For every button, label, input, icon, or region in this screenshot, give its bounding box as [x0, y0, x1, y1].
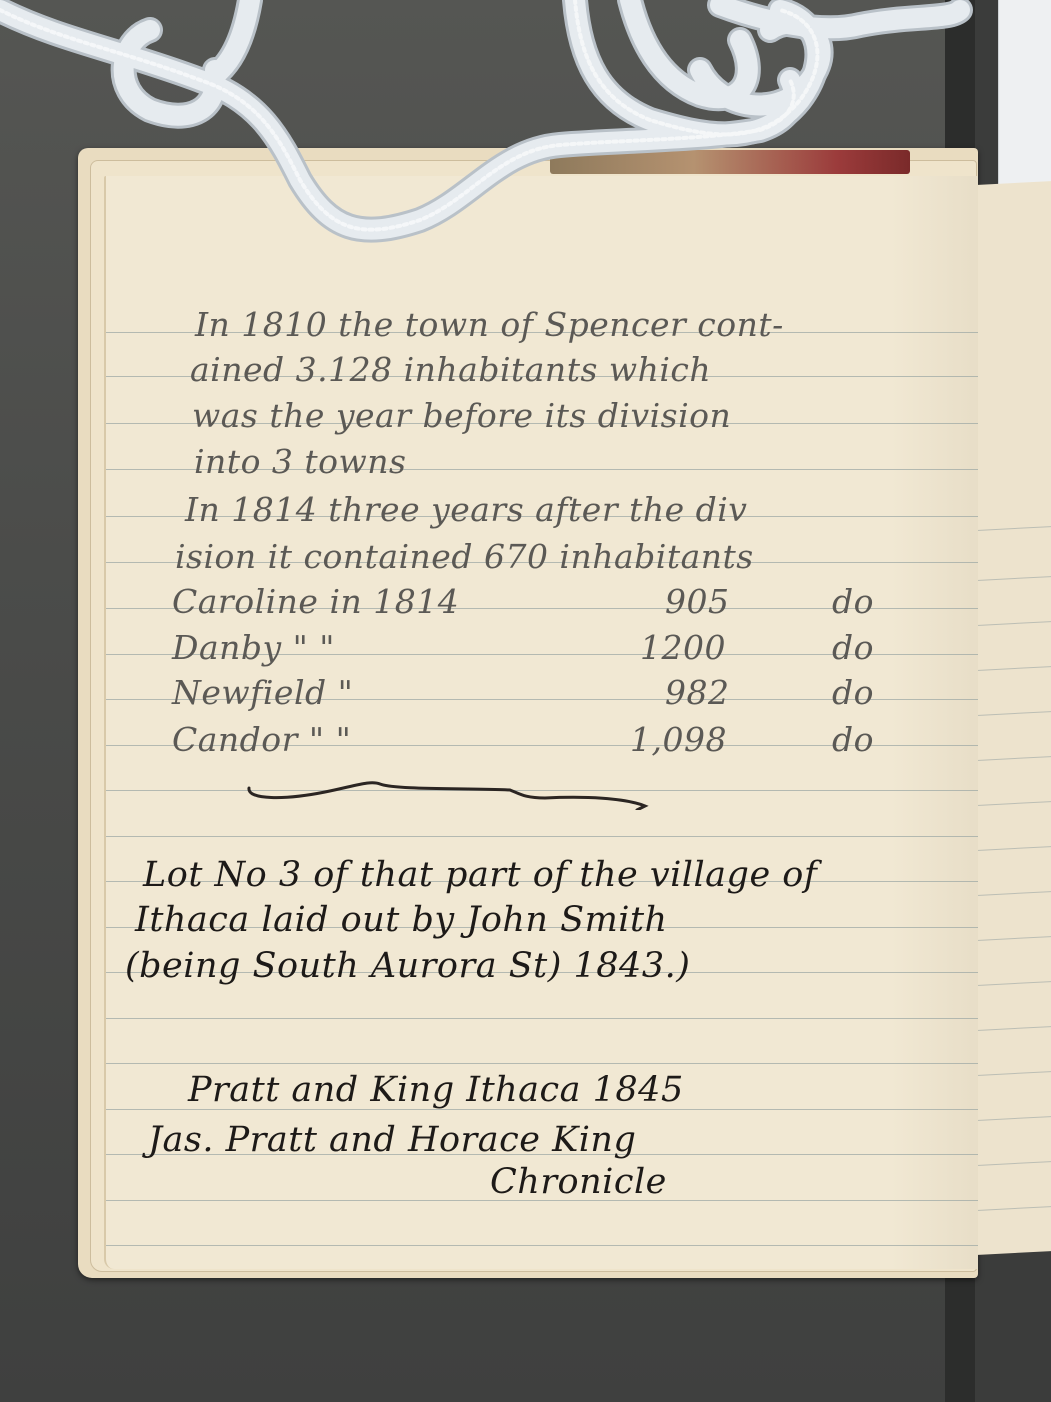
town-name: Newfield " — [172, 673, 353, 712]
handwritten-line: In 1814 three years after the div — [185, 490, 747, 529]
population-count: 905 — [665, 582, 730, 621]
town-name: Danby " " — [172, 628, 335, 667]
handwritten-line: was the year before its division — [192, 396, 731, 435]
population-count: 1200 — [640, 628, 726, 667]
flourish-divider — [245, 770, 665, 810]
ditto-mark: do — [832, 582, 874, 621]
handwritten-line: into 3 towns — [194, 442, 406, 481]
ditto-mark: do — [832, 673, 874, 712]
handwritten-line: ained 3.128 inhabitants which — [190, 350, 711, 389]
handwritten-line: ision it contained 670 inhabitants — [175, 537, 754, 576]
town-name: Caroline in 1814 — [172, 582, 459, 621]
handwritten-line: Lot No 3 of that part of the village of — [143, 855, 817, 895]
population-count: 982 — [665, 673, 730, 712]
handwritten-line: Pratt and King Ithaca 1845 — [188, 1070, 684, 1110]
handwritten-line: In 1810 the town of Spencer cont- — [195, 305, 784, 344]
handwritten-line: (being South Aurora St) 1843.) — [125, 946, 690, 986]
ditto-mark: do — [832, 720, 874, 759]
white-card — [998, 0, 1051, 200]
ditto-mark: do — [832, 628, 874, 667]
handwritten-line: Ithaca laid out by John Smith — [135, 900, 668, 940]
facing-page — [976, 181, 1051, 1255]
population-count: 1,098 — [630, 720, 727, 759]
handwritten-line: Jas. Pratt and Horace King — [148, 1120, 636, 1160]
notebook-spine-band — [550, 150, 910, 174]
town-name: Candor " " — [172, 720, 351, 759]
handwritten-line: Chronicle — [490, 1162, 667, 1202]
